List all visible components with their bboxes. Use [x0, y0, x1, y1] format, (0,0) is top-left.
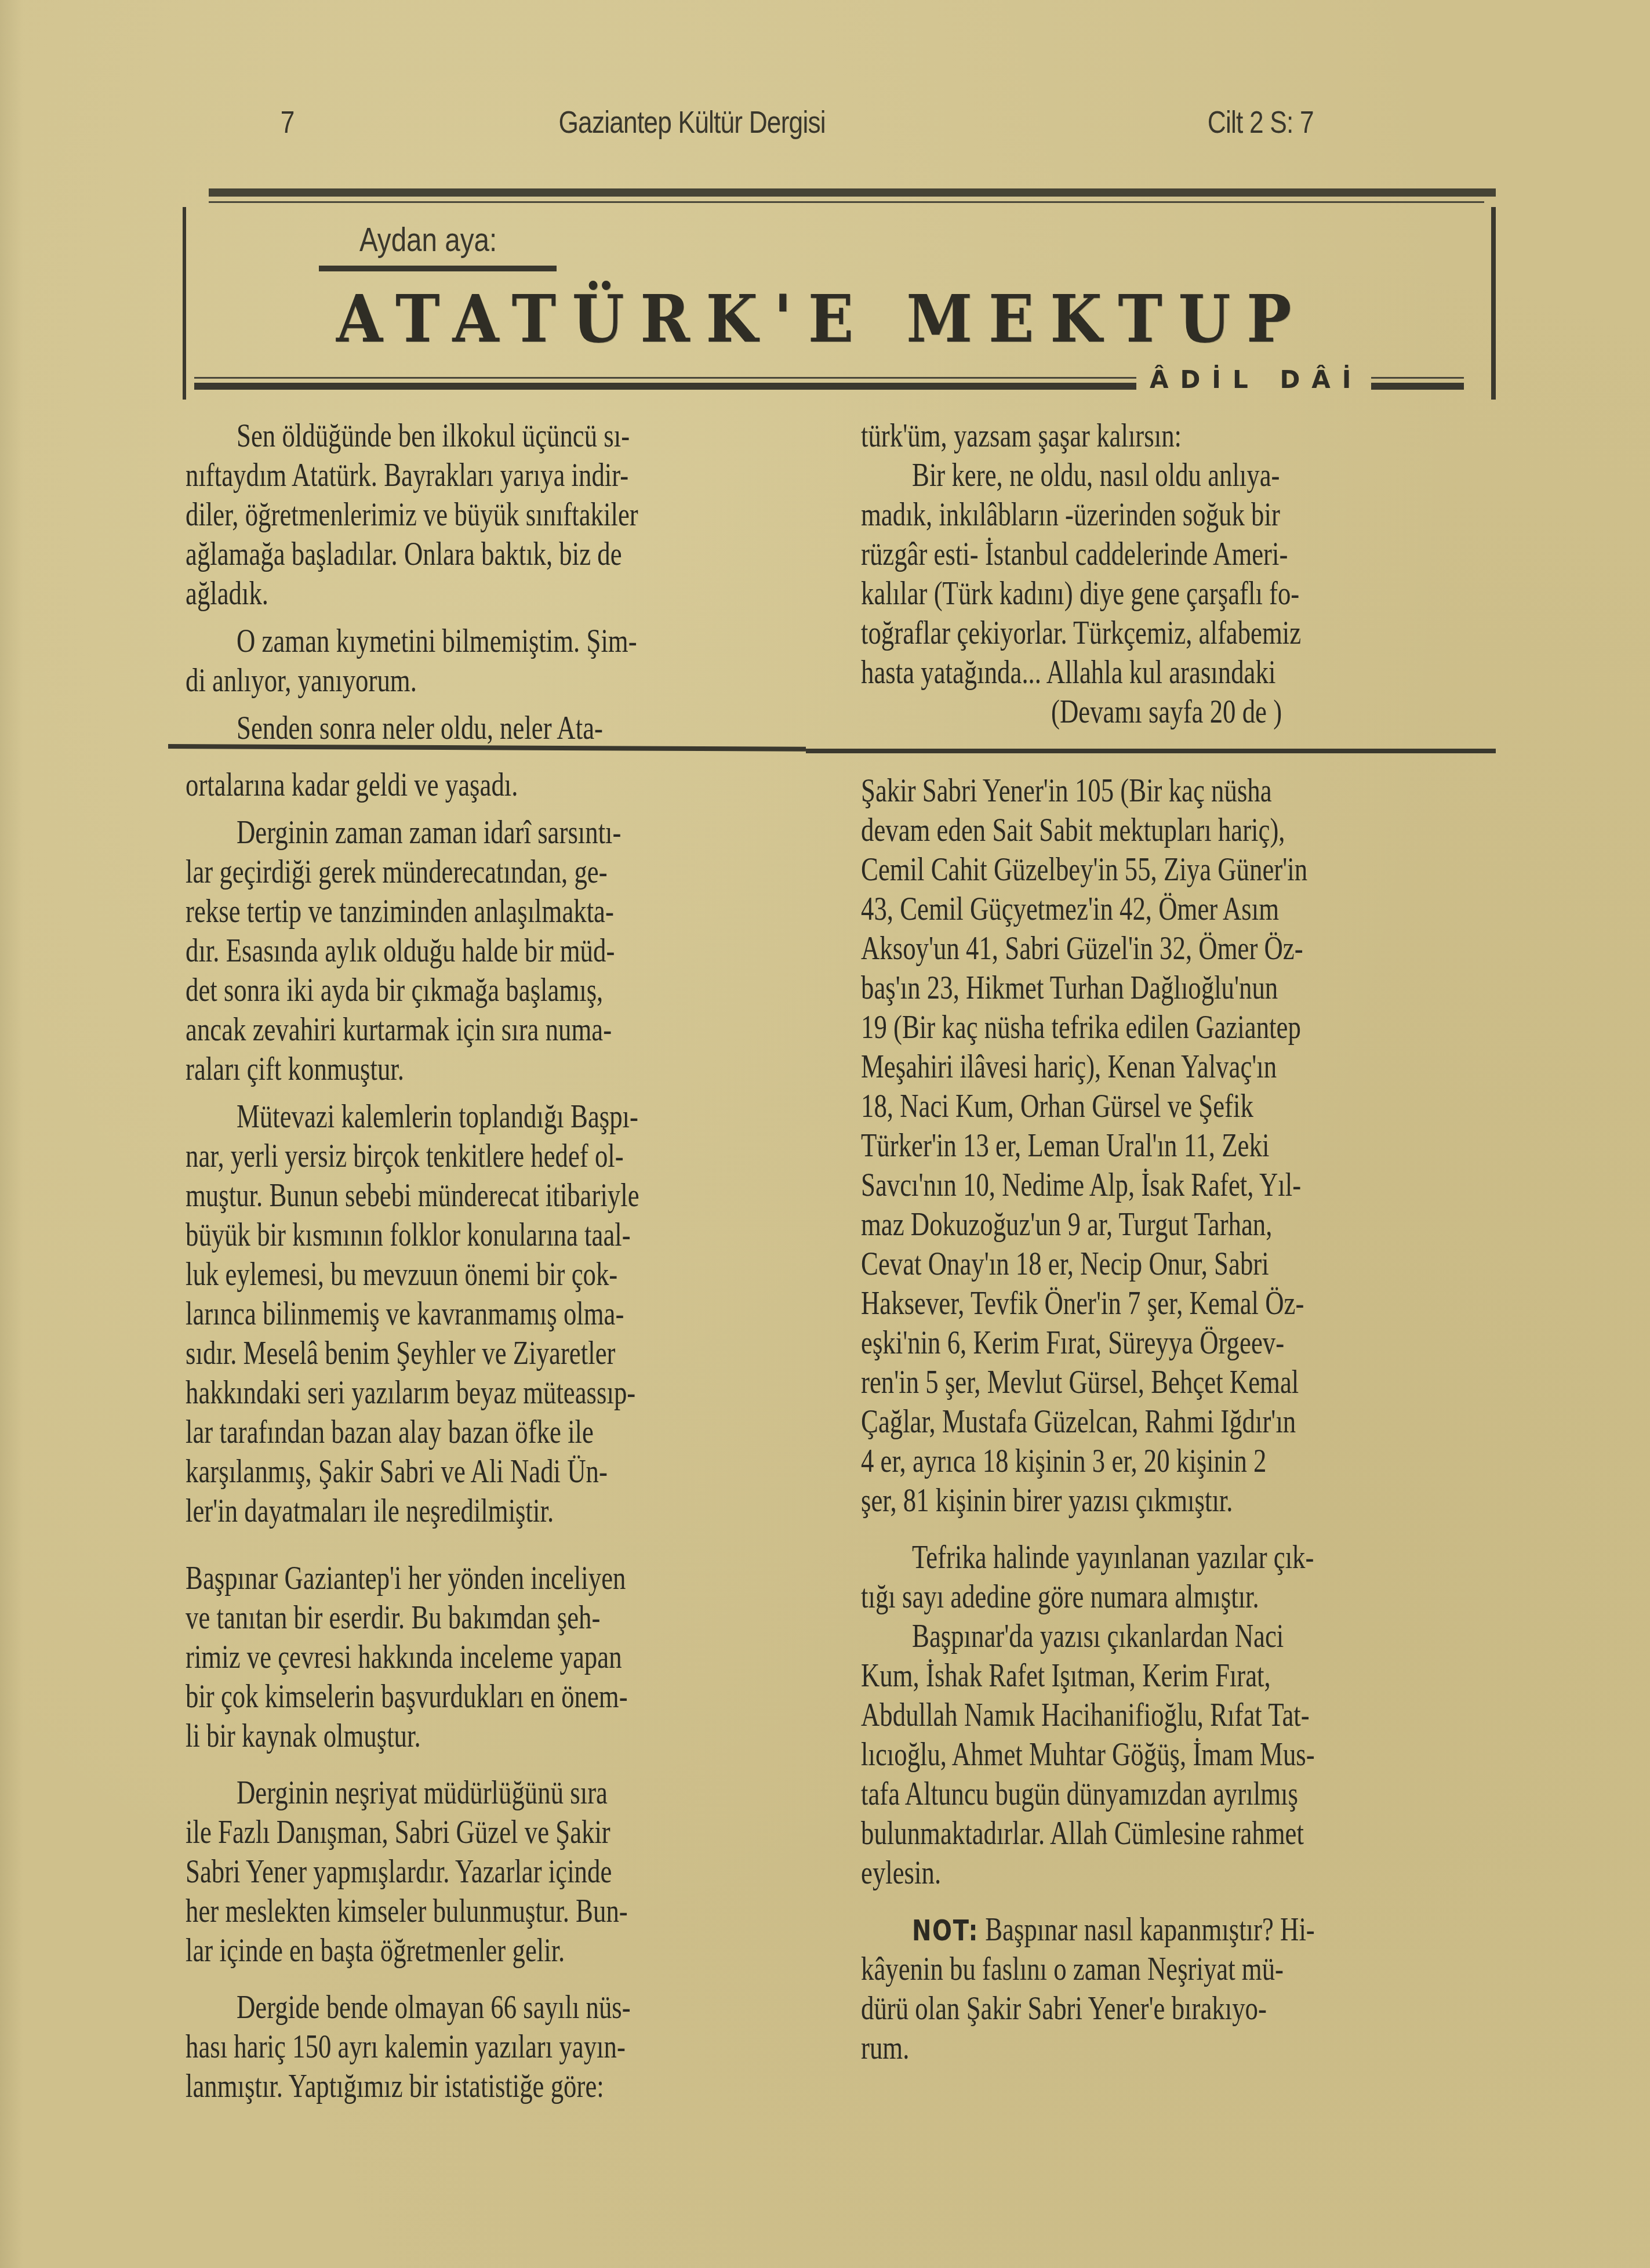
running-header: 7 Gaziantep Kültür Dergisi Cilt 2 S: 7 — [0, 104, 1353, 145]
text-line: dır. Esasında aylık olduğu halde bir müd… — [186, 931, 829, 971]
text-line: Başpınar Gaziantep'i her yönden inceliye… — [186, 1559, 829, 1598]
text-line: Sabri Yener yapmışlardır. Yazarlar içind… — [186, 1852, 829, 1892]
text-line: lar içinde en başta öğretmenler gelir. — [186, 1931, 829, 1971]
text-line: dürü olan Şakir Sabri Yener'e bırakıyo- — [861, 1989, 1504, 2029]
text-line: bir çok kimselerin başvurdukları en önem… — [186, 1677, 829, 1717]
text-line: toğraflar çekiyorlar. Türkçemiz, alfabem… — [861, 614, 1504, 653]
text-line: nar, yerli yersiz birçok tenkitlere hede… — [186, 1137, 829, 1176]
text-line: Cevat Onay'ın 18 er, Necip Onur, Sabri — [861, 1244, 1504, 1284]
text-line: 4 er, ayrıca 18 kişinin 3 er, 20 kişinin… — [861, 1442, 1504, 1481]
text-line: lar geçirdiği gerek münderecatından, ge- — [186, 852, 829, 892]
text-line: Senden sonra neler oldu, neler Ata- — [186, 709, 829, 748]
text-line: Bir kere, ne oldu, nasıl oldu anlıya- — [861, 456, 1504, 495]
text-line: lıcıoğlu, Ahmet Muhtar Göğüş, İmam Mus- — [861, 1735, 1504, 1775]
text-line: ren'in 5 şer, Mevlut Gürsel, Behçet Kema… — [861, 1363, 1504, 1402]
text-line: şer, 81 kişinin birer yazısı çıkmıştır. — [861, 1481, 1504, 1521]
text-line: ağladık. — [186, 574, 829, 614]
text-line: devam eden Sait Sabit mektupları hariç), — [861, 811, 1504, 850]
decorative-rule — [209, 188, 1496, 197]
continued-notice: (Devamı sayfa 20 de ) — [861, 692, 1504, 732]
text-line: nıftaydım Atatürk. Bayrakları yarıya ind… — [186, 456, 829, 495]
text-line: hakkındaki seri yazılarım beyaz müteassı… — [186, 1373, 829, 1413]
byline-row: ÂDİL DÂİ — [194, 365, 1493, 400]
text-line: luk eylemesi, bu mevzuun önemi bir çok- — [186, 1255, 829, 1294]
article-kicker: Aydan aya: — [359, 220, 497, 259]
text-line: bulunmaktadırlar. Allah Cümlesine rahmet — [861, 1814, 1504, 1853]
text-line: Kum, İshak Rafet Işıtman, Kerim Fırat, — [861, 1656, 1504, 1696]
kicker-underline — [319, 266, 557, 271]
text-line: büyük bir kısmının folklor konularına ta… — [186, 1215, 829, 1255]
text-line: madık, inkılâbların -üzerinden soğuk bir — [861, 495, 1504, 535]
text-line: ler'in dayatmaları ile neşredilmiştir. — [186, 1492, 829, 1531]
text-line: Mütevazi kalemlerin toplandığı Başpı- — [186, 1097, 829, 1137]
text-line: raları çift konmuştur. — [186, 1050, 829, 1089]
text-line: eşki'nin 6, Kerim Fırat, Süreyya Örgeev- — [861, 1323, 1504, 1363]
text-line: rekse tertip ve tanziminden anlaşılmakta… — [186, 892, 829, 931]
text-line: her meslekten kimseler bulunmuştur. Bun- — [186, 1892, 829, 1931]
text-line: ağlamağa başladılar. Onlara baktık, biz … — [186, 535, 829, 574]
text-line: baş'ın 23, Hikmet Turhan Dağlıoğlu'nun — [861, 968, 1504, 1008]
text-line: O zaman kıymetini bilmemiştim. Şim- — [186, 622, 829, 661]
note-first-line: NOT: Başpınar nasıl kapanmıştır? Hi- — [861, 1910, 1504, 1950]
text-line: di anlıyor, yanıyorum. — [186, 661, 829, 701]
text-line: muştur. Bunun sebebi münderecat itibariy… — [186, 1176, 829, 1215]
text-line: hası hariç 150 ayrı kalemin yazıları yay… — [186, 2027, 829, 2067]
text-line: türk'üm, yazsam şaşar kalırsın: — [861, 416, 1504, 456]
magazine-title: Gaziantep Kültür Dergisi — [559, 104, 826, 140]
text-line: 19 (Bir kaç nüsha tefrika edilen Gaziant… — [861, 1008, 1504, 1047]
text-line: tığı sayı adedine göre numara almıştır. — [861, 1577, 1504, 1617]
text-line: Şakir Sabri Yener'in 105 (Bir kaç nüsha — [861, 771, 1504, 811]
text-line: Meşahiri ilâvesi hariç), Kenan Yalvaç'ın — [861, 1047, 1504, 1087]
text-line: lar tarafından bazan alay bazan öfke ile — [186, 1413, 829, 1452]
text-line: karşılanmış, Şakir Sabri ve Ali Nadi Ün- — [186, 1452, 829, 1492]
note-label: NOT: — [912, 1914, 979, 1947]
decorative-rule — [209, 201, 1484, 203]
article-column-left: Sen öldüğünde ben ilkokul üçüncü sı- nıf… — [186, 416, 829, 748]
decorative-rule — [194, 377, 1136, 379]
text-line: Aksoy'un 41, Sabri Güzel'in 32, Ömer Öz- — [861, 929, 1504, 968]
article-column-right: türk'üm, yazsam şaşar kalırsın: Bir kere… — [861, 416, 1504, 732]
text-line: kalılar (Türk kadını) diye gene çarşaflı… — [861, 574, 1504, 614]
text-line: ile Fazlı Danışman, Sabri Güzel ve Şakir — [186, 1813, 829, 1852]
text-line: Abdullah Namık Hacihanifioğlu, Rıfat Tat… — [861, 1696, 1504, 1735]
text-line: Derginin zaman zaman idarî sarsıntı- — [186, 813, 829, 852]
author-byline: ÂDİL DÂİ — [1150, 365, 1362, 394]
text-line: kâyenin bu faslını o zaman Neşriyat mü- — [861, 1950, 1504, 1989]
text-line: Tefrika halinde yayınlanan yazılar çık- — [861, 1538, 1504, 1577]
text-line: 18, Naci Kum, Orhan Gürsel ve Şefik — [861, 1087, 1504, 1126]
box-border-left — [183, 207, 186, 400]
text-line: Cemil Cahit Güzelbey'in 55, Ziya Güner'i… — [861, 850, 1504, 890]
text-line: 43, Cemil Güçyetmez'in 42, Ömer Asım — [861, 890, 1504, 929]
text-line: ve tanıtan bir eserdir. Bu bakımdan şeh- — [186, 1598, 829, 1638]
text-line: lanmıştır. Yaptığımız bir istatistiğe gö… — [186, 2067, 829, 2106]
decorative-rule — [1371, 377, 1464, 379]
text-line: sıdır. Meselâ benim Şeyhler ve Ziyaretle… — [186, 1334, 829, 1373]
page-number: 7 — [281, 104, 295, 140]
section-divider — [168, 744, 1496, 751]
decorative-rule — [194, 383, 1136, 390]
text-line: ancak zevahiri kurtarmak için sıra numa- — [186, 1010, 829, 1050]
text-line: diler, öğretmenlerimiz ve büyük sınıftak… — [186, 495, 829, 535]
text-line: li bir kaynak olmuştur. — [186, 1717, 829, 1756]
text-line: hasta yatağında... Allahla kul arasındak… — [861, 653, 1504, 692]
text-line: Başpınar nasıl kapanmıştır? Hi- — [979, 1912, 1315, 1948]
text-line: det sonra iki ayda bir çıkmağa başlamış, — [186, 971, 829, 1010]
text-line: tafa Altuncu bugün dünyamızdan ayrılmış — [861, 1775, 1504, 1814]
article-headline: ATATÜRK'E MEKTUP — [336, 281, 1307, 357]
text-line: Sen öldüğünde ben ilkokul üçüncü sı- — [186, 416, 829, 456]
text-line: Savcı'nın 10, Nedime Alp, İsak Rafet, Yı… — [861, 1166, 1504, 1205]
continued-column-right: Şakir Sabri Yener'in 105 (Bir kaç nüsha … — [861, 771, 1504, 2068]
text-line: rüzgâr esti- İstanbul caddelerinde Ameri… — [861, 535, 1504, 574]
text-line: rimiz ve çevresi hakkında inceleme yapan — [186, 1638, 829, 1677]
magazine-page: 7 Gaziantep Kültür Dergisi Cilt 2 S: 7 A… — [0, 0, 1650, 2268]
text-line: eylesin. — [861, 1853, 1504, 1893]
decorative-rule — [1371, 383, 1464, 390]
article-title-box: Aydan aya: ATATÜRK'E MEKTUP ÂDİL DÂİ — [183, 188, 1496, 403]
text-line: rum. — [861, 2029, 1504, 2068]
continued-column-left: ortalarına kadar geldi ve yaşadı. Dergin… — [186, 765, 829, 2106]
text-line: ortalarına kadar geldi ve yaşadı. — [186, 765, 829, 805]
text-line: Derginin neşriyat müdürlüğünü sıra — [186, 1773, 829, 1813]
text-line: maz Dokuzoğuz'un 9 ar, Turgut Tarhan, — [861, 1205, 1504, 1244]
volume-issue: Cilt 2 S: 7 — [1208, 104, 1314, 140]
text-line: Başpınar'da yazısı çıkanlardan Naci — [861, 1617, 1504, 1656]
text-line: Çağlar, Mustafa Güzelcan, Rahmi Iğdır'ın — [861, 1402, 1504, 1442]
text-line: Türker'in 13 er, Leman Ural'ın 11, Zeki — [861, 1126, 1504, 1166]
text-line: Dergide bende olmayan 66 sayılı nüs- — [186, 1988, 829, 2027]
text-line: Haksever, Tevfik Öner'in 7 şer, Kemal Öz… — [861, 1284, 1504, 1323]
text-line: larınca bilinmemiş ve kavranmamış olma- — [186, 1294, 829, 1334]
